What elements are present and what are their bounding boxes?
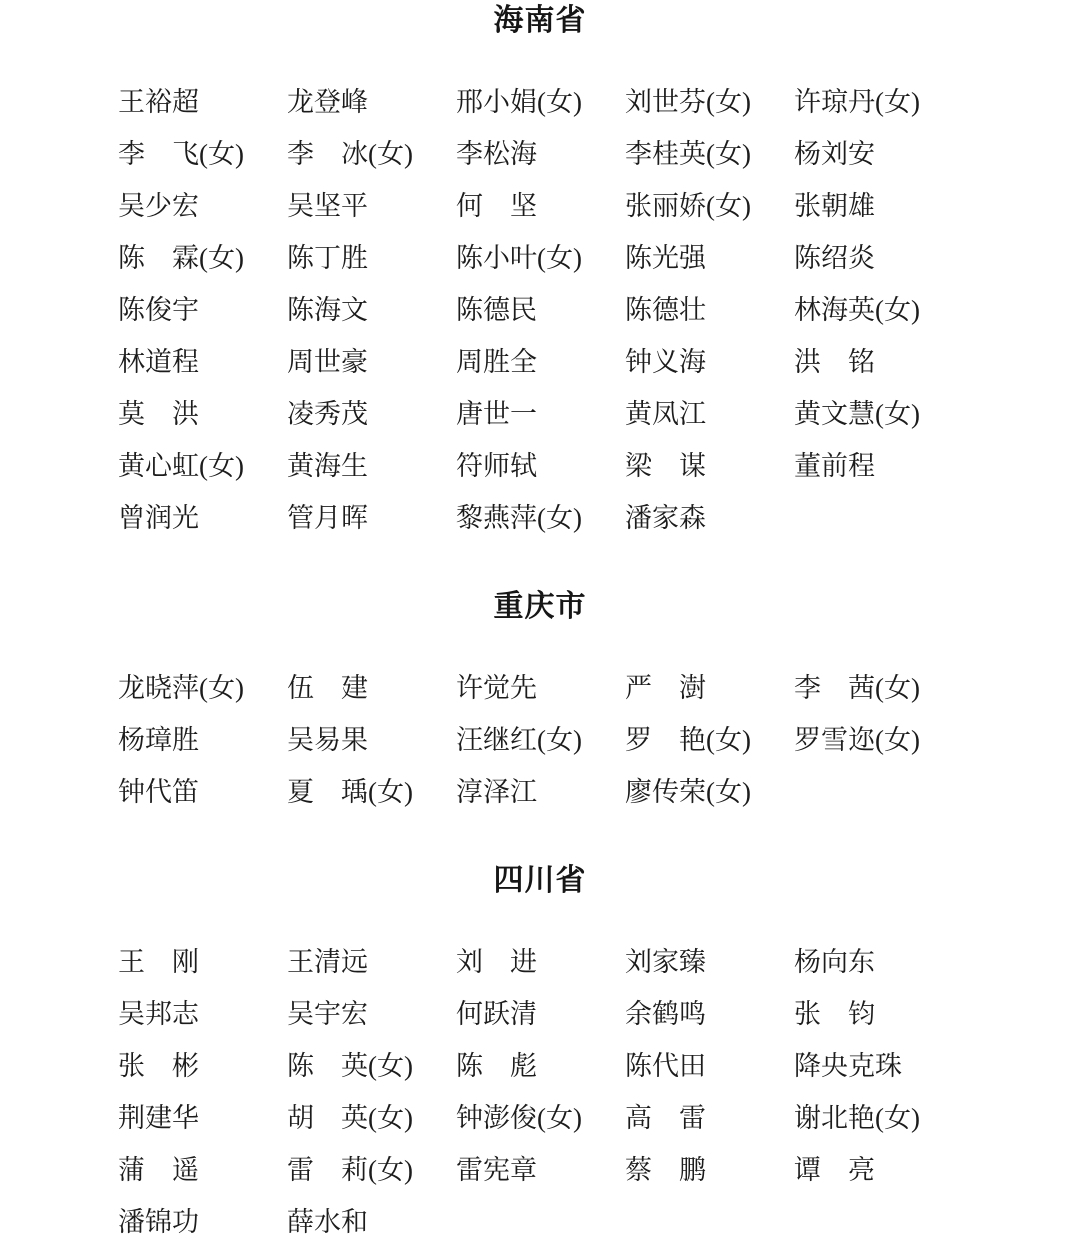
person-name: 陈代田 [625,1040,794,1092]
person-name: 陈 英(女) [287,1040,456,1092]
name-row: 王 刚王清远刘 进刘家臻杨向东 [118,936,963,988]
name-row: 陈俊宇陈海文陈德民陈德壮林海英(女) [118,284,963,336]
person-name: 李桂英(女) [625,128,794,180]
person-name: 许琼丹(女) [794,76,963,128]
person-name: 陈 彪 [456,1040,625,1092]
person-name: 何 坚 [456,180,625,232]
person-name: 陈德壮 [625,284,794,336]
name-row: 张 彬陈 英(女)陈 彪陈代田降央克珠 [118,1040,963,1092]
person-name: 林海英(女) [794,284,963,336]
name-rows: 王裕超龙登峰邢小娟(女)刘世芬(女)许琼丹(女)李 飞(女)李 冰(女)李松海李… [118,76,963,544]
person-name: 洪 铭 [794,336,963,388]
person-name: 杨刘安 [794,128,963,180]
person-name: 余鹤鸣 [625,988,794,1040]
person-name: 夏 瑀(女) [287,766,456,818]
person-name: 蔡 鹏 [625,1144,794,1196]
person-name: 雷宪章 [456,1144,625,1196]
person-name: 谢北艳(女) [794,1092,963,1144]
person-name: 龙登峰 [287,76,456,128]
name-row: 吴邦志吴宇宏何跃清余鹤鸣张 钧 [118,988,963,1040]
person-name: 荆建华 [118,1092,287,1144]
person-name: 张 彬 [118,1040,287,1092]
person-name: 陈德民 [456,284,625,336]
person-name: 淳泽江 [456,766,625,818]
section-title: 海南省 [0,4,1080,38]
person-name: 林道程 [118,336,287,388]
person-name: 黄文慧(女) [794,388,963,440]
name-list-section: 重庆市龙晓萍(女)伍 建许觉先严 澍李 茜(女)杨璋胜吴易果汪继红(女)罗 艳(… [0,590,1080,818]
person-name: 蒲 遥 [118,1144,287,1196]
name-row: 钟代笛夏 瑀(女)淳泽江廖传荣(女) [118,766,963,818]
person-name: 伍 建 [287,662,456,714]
name-row: 荆建华胡 英(女)钟澎俊(女)高 雷谢北艳(女) [118,1092,963,1144]
person-name: 吴邦志 [118,988,287,1040]
name-row: 曾润光管月晖黎燕萍(女)潘家森 [118,492,963,544]
name-row: 莫 洪凌秀茂唐世一黄凤江黄文慧(女) [118,388,963,440]
person-name: 杨向东 [794,936,963,988]
person-name: 高 雷 [625,1092,794,1144]
name-rows: 龙晓萍(女)伍 建许觉先严 澍李 茜(女)杨璋胜吴易果汪继红(女)罗 艳(女)罗… [118,662,963,818]
person-name: 降央克珠 [794,1040,963,1092]
document-page: 海南省王裕超龙登峰邢小娟(女)刘世芬(女)许琼丹(女)李 飞(女)李 冰(女)李… [0,0,1080,1249]
person-name: 王裕超 [118,76,287,128]
person-name: 汪继红(女) [456,714,625,766]
person-name: 雷 莉(女) [287,1144,456,1196]
name-row: 吴少宏吴坚平何 坚张丽娇(女)张朝雄 [118,180,963,232]
person-name: 钟义海 [625,336,794,388]
person-name: 张 钧 [794,988,963,1040]
person-name: 王 刚 [118,936,287,988]
person-name: 罗 艳(女) [625,714,794,766]
person-name: 许觉先 [456,662,625,714]
person-name: 潘锦功 [118,1196,287,1248]
person-name: 薛水和 [287,1196,456,1248]
person-name: 刘家臻 [625,936,794,988]
person-name: 凌秀茂 [287,388,456,440]
person-name: 陈俊宇 [118,284,287,336]
name-rows: 王 刚王清远刘 进刘家臻杨向东吴邦志吴宇宏何跃清余鹤鸣张 钧张 彬陈 英(女)陈… [118,936,963,1248]
person-name: 刘世芬(女) [625,76,794,128]
name-row: 潘锦功薛水和 [118,1196,963,1248]
person-name: 李 茜(女) [794,662,963,714]
name-row: 杨璋胜吴易果汪继红(女)罗 艳(女)罗雪迩(女) [118,714,963,766]
person-name: 陈 霖(女) [118,232,287,284]
person-name: 李松海 [456,128,625,180]
person-name: 梁 谋 [625,440,794,492]
person-name: 陈光强 [625,232,794,284]
name-row: 王裕超龙登峰邢小娟(女)刘世芬(女)许琼丹(女) [118,76,963,128]
section-title: 重庆市 [0,590,1080,624]
person-name: 唐世一 [456,388,625,440]
person-name: 吴宇宏 [287,988,456,1040]
person-name: 吴少宏 [118,180,287,232]
person-name: 邢小娟(女) [456,76,625,128]
person-name: 陈海文 [287,284,456,336]
person-name: 张丽娇(女) [625,180,794,232]
person-name: 陈绍炎 [794,232,963,284]
person-name: 董前程 [794,440,963,492]
person-name: 黎燕萍(女) [456,492,625,544]
name-row: 陈 霖(女)陈丁胜陈小叶(女)陈光强陈绍炎 [118,232,963,284]
person-name: 吴坚平 [287,180,456,232]
person-name: 黄海生 [287,440,456,492]
person-name: 胡 英(女) [287,1092,456,1144]
person-name: 潘家森 [625,492,794,544]
person-name: 谭 亮 [794,1144,963,1196]
person-name: 黄心虹(女) [118,440,287,492]
name-row: 林道程周世豪周胜全钟义海洪 铭 [118,336,963,388]
name-row: 黄心虹(女)黄海生符师轼梁 谋董前程 [118,440,963,492]
person-name: 莫 洪 [118,388,287,440]
name-row: 龙晓萍(女)伍 建许觉先严 澍李 茜(女) [118,662,963,714]
person-name: 杨璋胜 [118,714,287,766]
person-name: 李 冰(女) [287,128,456,180]
section-title: 四川省 [0,864,1080,898]
person-name: 刘 进 [456,936,625,988]
person-name: 罗雪迩(女) [794,714,963,766]
person-name: 廖传荣(女) [625,766,794,818]
person-name: 严 澍 [625,662,794,714]
name-list-section: 海南省王裕超龙登峰邢小娟(女)刘世芬(女)许琼丹(女)李 飞(女)李 冰(女)李… [0,4,1080,544]
person-name: 管月晖 [287,492,456,544]
person-name: 陈丁胜 [287,232,456,284]
person-name: 钟澎俊(女) [456,1092,625,1144]
person-name: 周胜全 [456,336,625,388]
person-name: 王清远 [287,936,456,988]
person-name: 曾润光 [118,492,287,544]
person-name: 吴易果 [287,714,456,766]
person-name: 符师轼 [456,440,625,492]
person-name: 钟代笛 [118,766,287,818]
person-name: 李 飞(女) [118,128,287,180]
name-row: 蒲 遥雷 莉(女)雷宪章蔡 鹏谭 亮 [118,1144,963,1196]
name-row: 李 飞(女)李 冰(女)李松海李桂英(女)杨刘安 [118,128,963,180]
person-name: 龙晓萍(女) [118,662,287,714]
person-name: 张朝雄 [794,180,963,232]
person-name: 黄凤江 [625,388,794,440]
person-name: 周世豪 [287,336,456,388]
name-list-section: 四川省王 刚王清远刘 进刘家臻杨向东吴邦志吴宇宏何跃清余鹤鸣张 钧张 彬陈 英(… [0,864,1080,1248]
person-name: 陈小叶(女) [456,232,625,284]
person-name: 何跃清 [456,988,625,1040]
